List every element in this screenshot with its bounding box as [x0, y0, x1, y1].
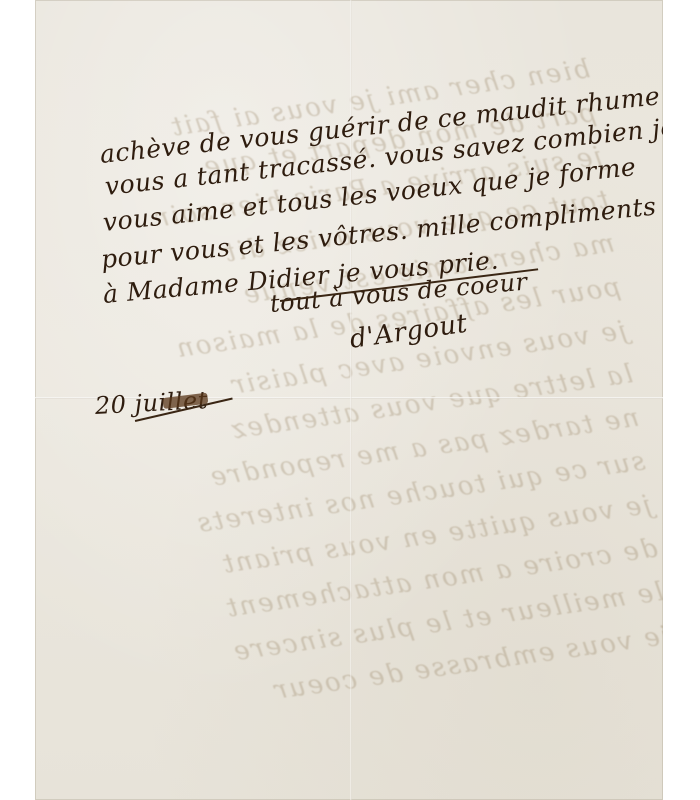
date-day: 20 — [94, 390, 127, 420]
showthrough-line: sur ce qui touche nos interets — [88, 446, 649, 568]
signature: d'Argout — [348, 309, 470, 355]
showthrough-line: la lettre que vous attendez — [76, 359, 637, 481]
letter-date: 20 juillet — [94, 386, 208, 420]
showthrough-line: de croire a mon attachement — [101, 533, 662, 655]
letter-page: bien cher ami je vous ai fait part de mo… — [35, 0, 663, 800]
showthrough-line: le meilleur et le plus sincere — [107, 577, 663, 699]
showthrough-line: ne tardez pas a me repondre — [82, 403, 643, 525]
showthrough-line: je vous quitte en vous priant — [94, 490, 655, 612]
showthrough-line: je vous embrasse de coeur — [113, 621, 663, 743]
